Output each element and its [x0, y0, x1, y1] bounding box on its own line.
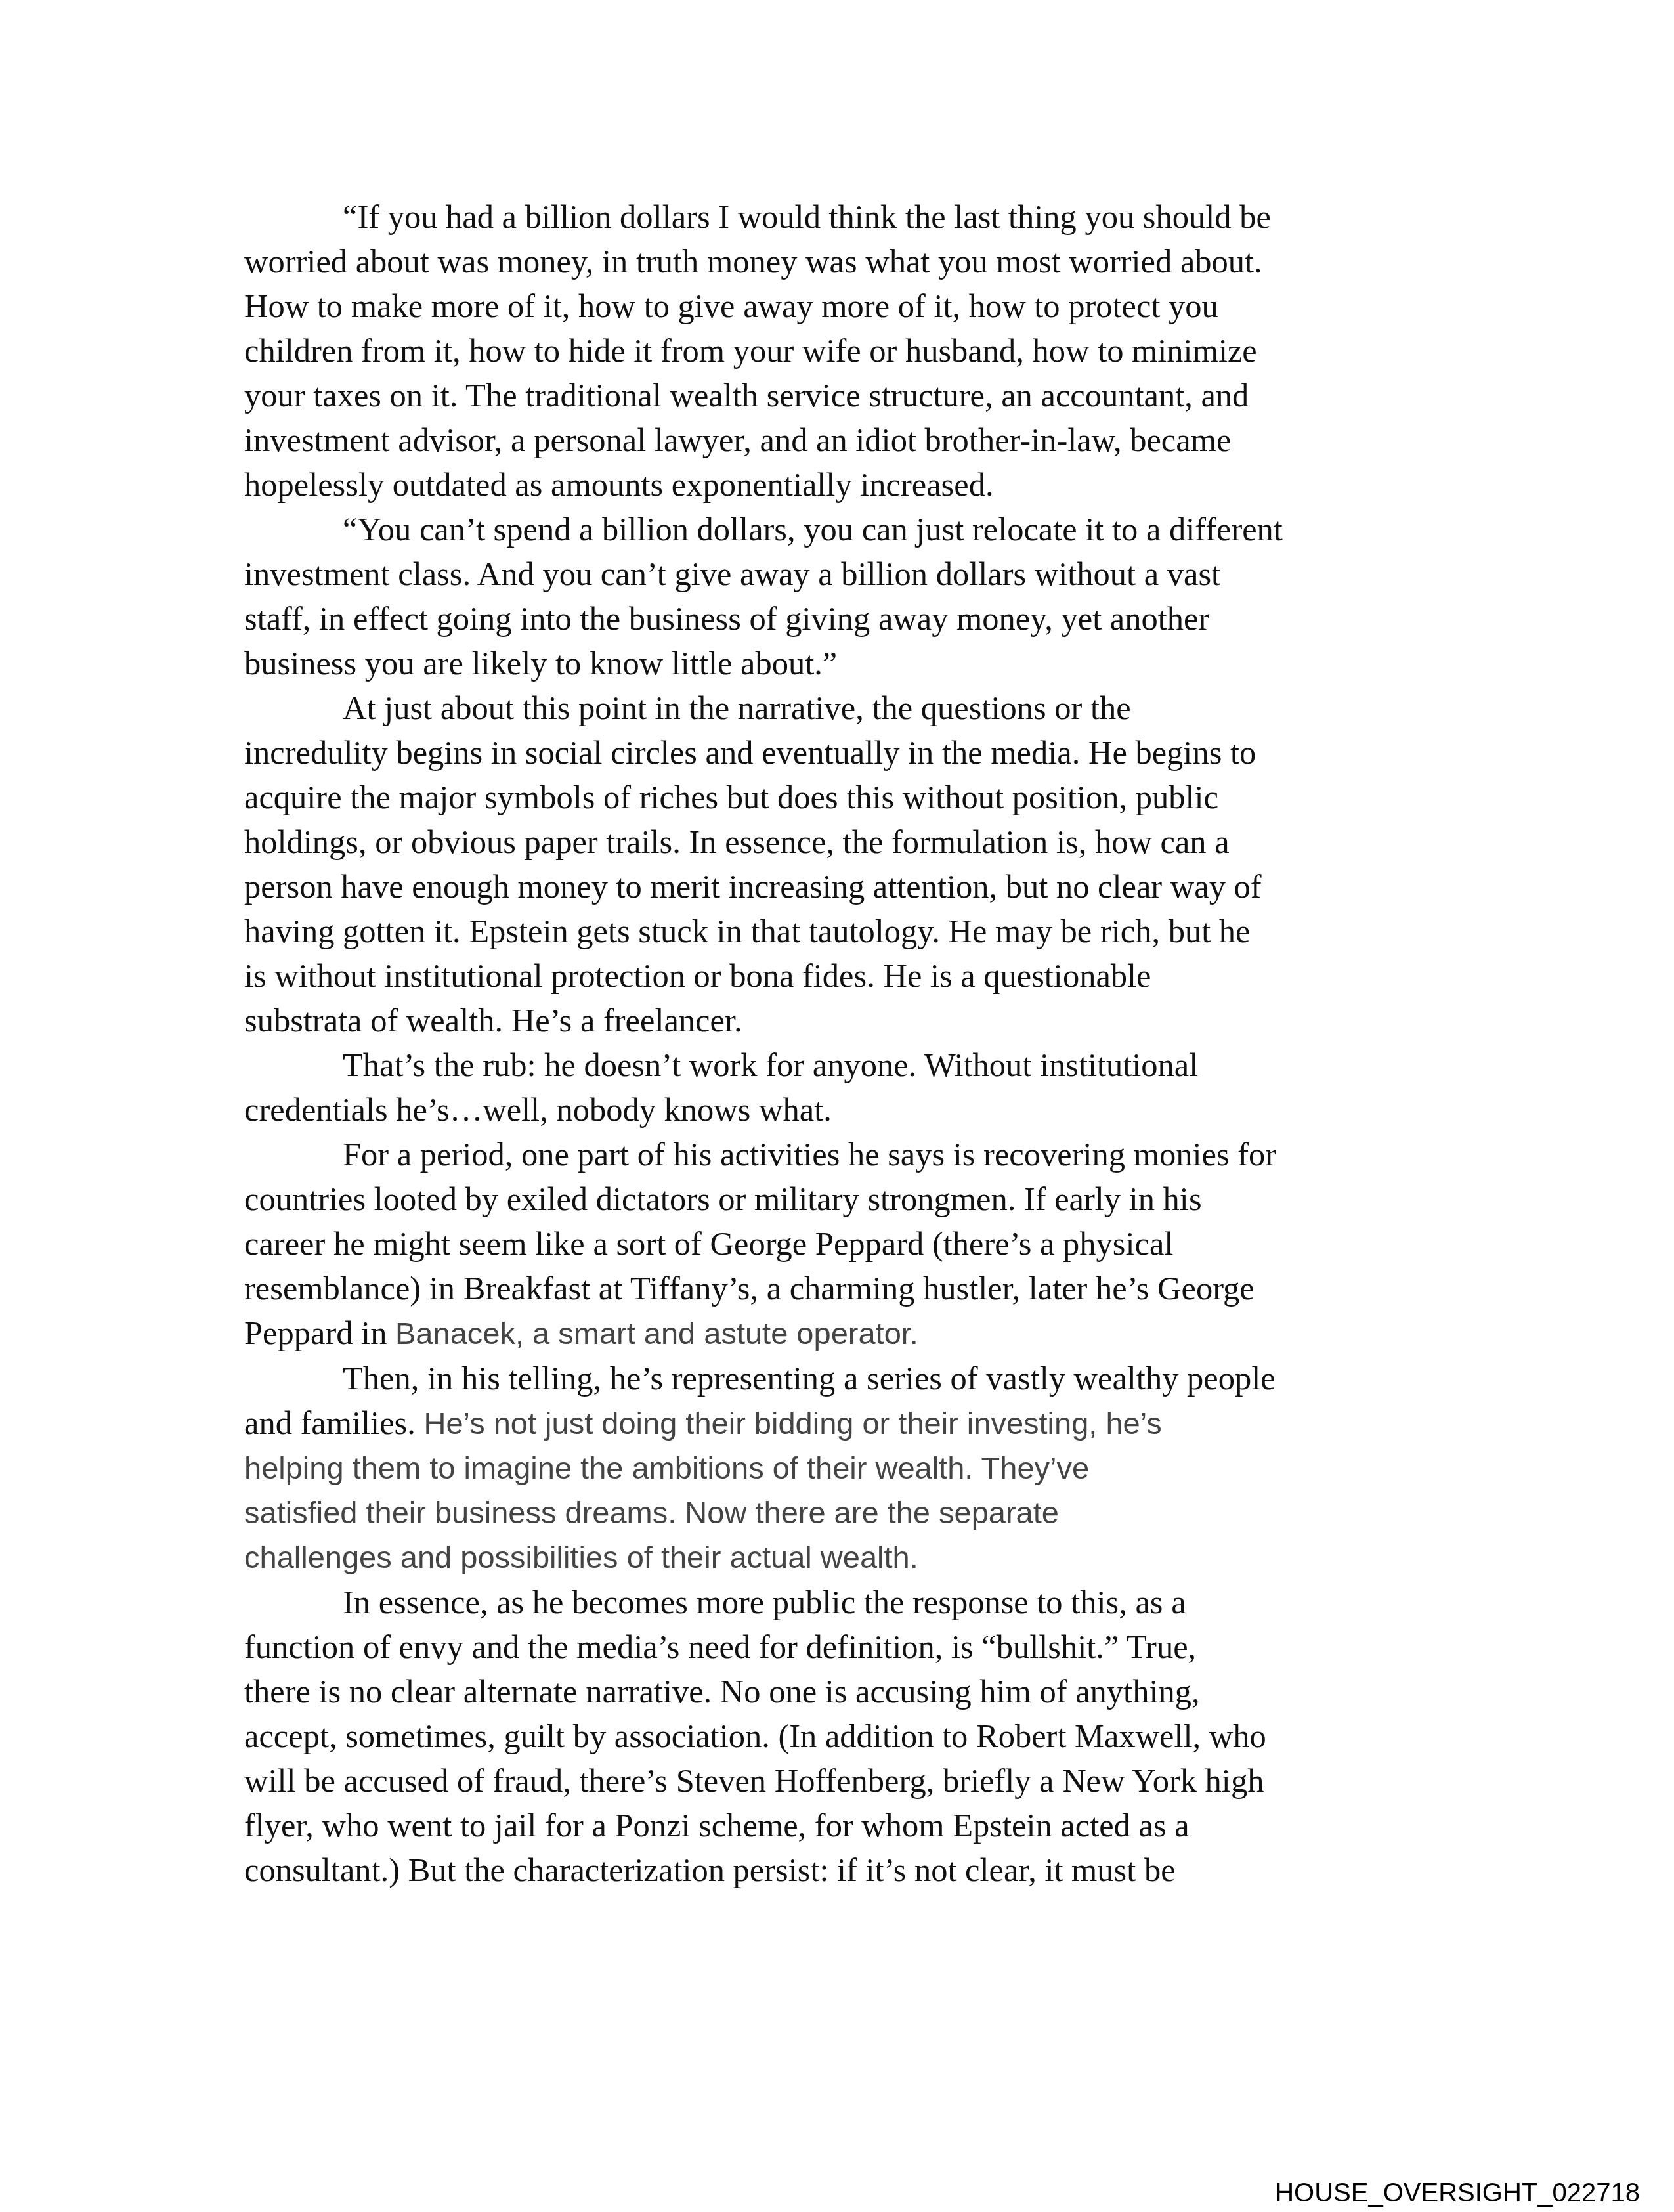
- paragraph-2: “You can’t spend a billion dollars, you …: [244, 507, 1452, 685]
- text-line: investment advisor, a personal lawyer, a…: [244, 418, 1452, 462]
- text-line: holdings, or obvious paper trails. In es…: [244, 819, 1452, 864]
- text-line: flyer, who went to jail for a Ponzi sche…: [244, 1803, 1452, 1848]
- text-line: there is no clear alternate narrative. N…: [244, 1669, 1452, 1714]
- text-line: countries looted by exiled dictators or …: [244, 1177, 1452, 1221]
- text-line: business you are likely to know little a…: [244, 641, 1452, 685]
- text-line: That’s the rub: he doesn’t work for anyo…: [244, 1043, 1452, 1087]
- bates-number: HOUSE_OVERSIGHT_022718: [1275, 2179, 1640, 2207]
- mixed-font-line: and families. He’s not just doing their …: [244, 1400, 1452, 1446]
- text-line: incredulity begins in social circles and…: [244, 730, 1452, 775]
- sans-segment: He’s not just doing their bidding or the…: [423, 1406, 1161, 1441]
- sans-text-line: satisfied their business dreams. Now the…: [244, 1490, 1452, 1535]
- serif-segment: Peppard in: [244, 1314, 395, 1351]
- paragraph-3: At just about this point in the narrativ…: [244, 685, 1452, 1043]
- document-page: “If you had a billion dollars I would th…: [0, 0, 1674, 2212]
- text-line: your taxes on it. The traditional wealth…: [244, 373, 1452, 418]
- text-line: career he might seem like a sort of Geor…: [244, 1221, 1452, 1266]
- text-line: substrata of wealth. He’s a freelancer.: [244, 998, 1452, 1043]
- text-line: consultant.) But the characterization pe…: [244, 1848, 1452, 1892]
- text-line: acquire the major symbols of riches but …: [244, 775, 1452, 819]
- paragraph-5: For a period, one part of his activities…: [244, 1132, 1452, 1356]
- text-line: Then, in his telling, he’s representing …: [244, 1356, 1452, 1400]
- sans-text-line: challenges and possibilities of their ac…: [244, 1535, 1452, 1580]
- text-line: resemblance) in Breakfast at Tiffany’s, …: [244, 1266, 1452, 1311]
- text-line: worried about was money, in truth money …: [244, 239, 1452, 284]
- text-line: In essence, as he becomes more public th…: [244, 1580, 1452, 1624]
- text-line: How to make more of it, how to give away…: [244, 284, 1452, 328]
- document-body: “If you had a billion dollars I would th…: [244, 194, 1452, 1892]
- text-line: accept, sometimes, guilt by association.…: [244, 1714, 1452, 1758]
- text-line: “You can’t spend a billion dollars, you …: [244, 507, 1452, 552]
- text-line: children from it, how to hide it from yo…: [244, 328, 1452, 373]
- text-line: staff, in effect going into the business…: [244, 596, 1452, 641]
- text-line: For a period, one part of his activities…: [244, 1132, 1452, 1177]
- paragraph-1: “If you had a billion dollars I would th…: [244, 194, 1452, 507]
- paragraph-7: In essence, as he becomes more public th…: [244, 1580, 1452, 1892]
- mixed-font-line: Peppard in Banacek, a smart and astute o…: [244, 1311, 1452, 1356]
- text-line: “If you had a billion dollars I would th…: [244, 194, 1452, 239]
- paragraph-6: Then, in his telling, he’s representing …: [244, 1356, 1452, 1580]
- text-line: person have enough money to merit increa…: [244, 864, 1452, 909]
- text-line: hopelessly outdated as amounts exponenti…: [244, 462, 1452, 507]
- paragraph-4: That’s the rub: he doesn’t work for anyo…: [244, 1043, 1452, 1132]
- text-line: will be accused of fraud, there’s Steven…: [244, 1758, 1452, 1803]
- sans-segment: Banacek, a smart and astute operator.: [395, 1316, 918, 1351]
- serif-segment: and families.: [244, 1404, 423, 1441]
- text-line: having gotten it. Epstein gets stuck in …: [244, 909, 1452, 953]
- sans-text-line: helping them to imagine the ambitions of…: [244, 1446, 1452, 1490]
- text-line: function of envy and the media’s need fo…: [244, 1624, 1452, 1669]
- text-line: credentials he’s…well, nobody knows what…: [244, 1087, 1452, 1132]
- text-line: At just about this point in the narrativ…: [244, 685, 1452, 730]
- text-line: investment class. And you can’t give awa…: [244, 552, 1452, 596]
- text-line: is without institutional protection or b…: [244, 953, 1452, 998]
